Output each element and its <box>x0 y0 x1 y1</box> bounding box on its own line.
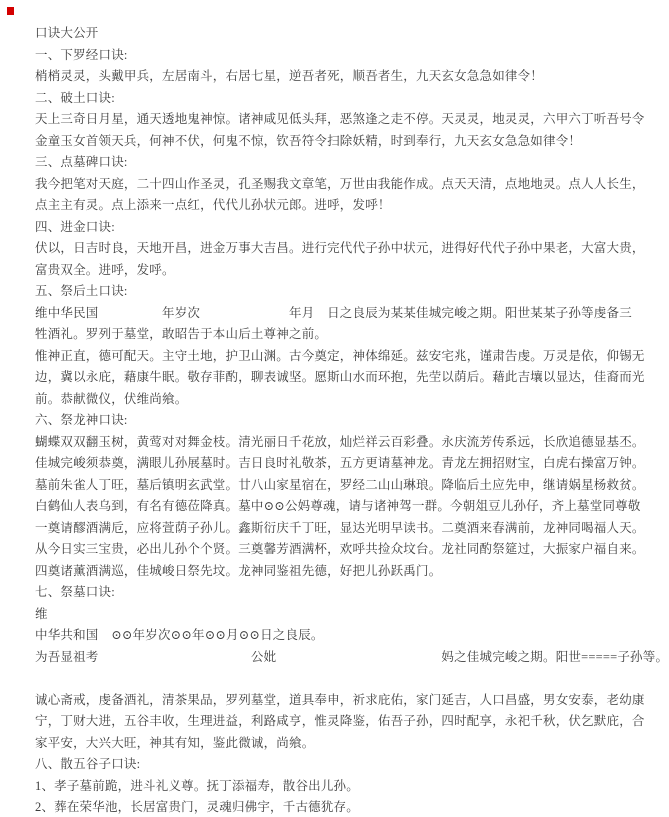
section-heading: 二、破土口诀: <box>35 88 649 110</box>
section-heading: 三、点墓碑口诀: <box>35 152 649 174</box>
text-line: 2、葬在荣华池，长居富贵门，灵魂归佛宇，千古德犹存。 <box>35 797 649 817</box>
document-body: 一、下罗经口诀:梢梢灵灵，头戴甲兵，左居南斗，右居七星，逆吾者死，顺吾者生，九天… <box>35 45 649 817</box>
text-line: 四奠诸薰酒满巡，佳城峻日祭先坟。龙神同鉴祖先德，好把儿孙跃禹门。 <box>35 561 649 583</box>
section-heading: 六、祭龙神口诀: <box>35 410 649 432</box>
text-line: 一奠请醪酒满卮，应将萱荫子孙儿。鑫斯衍庆千丁旺，显达光明早读书。二奠酒来春满前，… <box>35 518 649 540</box>
text-line: 1、孝子墓前跪，进斗礼义尊。抚丁添福寿，散谷出儿孙。 <box>35 776 649 798</box>
blank-line <box>35 668 649 690</box>
text-line: 天上三奇日月星，通天透地鬼神惊。诸神咸见低头拜，恶煞逢之走不停。天灵灵，地灵灵，… <box>35 109 649 131</box>
text-line: 诚心斋戒，虔备酒礼，清茶果品，罗列墓堂，道具奉申，祈求庇佑，家门延吉，人口昌盛，… <box>35 690 649 712</box>
text-line: 富贵双全。进呼，发呼。 <box>35 260 649 282</box>
text-line: 伏以，日吉时良，天地开昌，进金万事大吉昌。进行完代代子孙中状元，进得好代代子孙中… <box>35 238 649 260</box>
text-line: 中华共和国 ⊙⊙年岁次⊙⊙年⊙⊙月⊙⊙日之良辰。 <box>35 625 649 647</box>
text-line: 前。恭献微仪，伏维尚飨。 <box>35 389 649 411</box>
document-page: 口诀大公开 一、下罗经口诀:梢梢灵灵，头戴甲兵，左居南斗，右居七星，逆吾者死，顺… <box>35 23 649 817</box>
text-line: 为吾显祖考 公妣 妈之佳城完峻之期。阳世=====子孙等。 <box>35 647 649 669</box>
text-line: 从今日实三宝贵，必出儿孙个个贤。三奠馨芳酒满杯，欢呼共捡众坟台。龙社同酌祭筵过，… <box>35 539 649 561</box>
red-marker <box>7 7 14 15</box>
text-line: 维 <box>35 604 649 626</box>
text-line: 墓前朱雀人丁旺，墓后镇明玄武堂。廿八山家星宿在，罗经二山山琳琅。降临后土应先申，… <box>35 475 649 497</box>
text-line: 牲酒礼。罗列于墓堂，敢昭告于本山后土尊神之前。 <box>35 324 649 346</box>
text-line: 家平安，大兴大旺，神其有知，鉴此微诚，尚飨。 <box>35 733 649 755</box>
text-line: 梢梢灵灵，头戴甲兵，左居南斗，右居七星，逆吾者死，顺吾者生，九天玄女急急如律令！ <box>35 66 649 88</box>
text-line: 我今把笔对天庭，二十四山作圣灵，孔圣赐我文章笔，万世由我能作成。点天天清，点地地… <box>35 174 649 196</box>
text-line: 佳城完峻须恭奠，满眼儿孙展墓时。吉日良时礼敬茶，五方更请墓神龙。青龙左拥招财宝，… <box>35 453 649 475</box>
text-line: 宁，丁财大进，五谷丰收，生理进益，利路咸亨，惟灵降鉴，佑吾子孙，四时配享，永祀千… <box>35 711 649 733</box>
text-line: 白鹤仙人表乌到，有名有德莅降真。墓中⊙⊙公妈尊魂，请与诸神驾一群。今朝俎豆儿孙仔… <box>35 496 649 518</box>
text-line: 金童玉女首领天兵，何神不伏，何鬼不惊，钦吾符令扫除妖精，时到奉行，九天玄女急急如… <box>35 131 649 153</box>
text-line: 维中华民国 年岁次 年月 日之良辰为某某佳城完峻之期。阳世某某子孙等虔备三 <box>35 303 649 325</box>
text-line: 惟神正直，德可配天。主守土地，护卫山渊。古今奠定，神体绵延。兹安宅兆，谨肃告虔。… <box>35 346 649 368</box>
section-heading: 五、祭后土口诀: <box>35 281 649 303</box>
text-line: 点主主有灵。点上添来一点红，代代儿孙状元郎。进呼，发呼！ <box>35 195 649 217</box>
page-title: 口诀大公开 <box>35 23 649 45</box>
section-heading: 四、进金口诀: <box>35 217 649 239</box>
text-line: 边，冀以永庇，藉康牛眠。敬存菲酌，聊表诚坚。愿斯山水而环抱，先茔以荫后。藉此吉壤… <box>35 367 649 389</box>
section-heading: 七、祭墓口诀: <box>35 582 649 604</box>
text-line: 蝴蝶双双翻玉树，黄莺对对舞金枝。清光丽日千花放，灿烂祥云百彩叠。永庆流芳传系远，… <box>35 432 649 454</box>
section-heading: 一、下罗经口诀: <box>35 45 649 67</box>
section-heading: 八、散五谷子口诀: <box>35 754 649 776</box>
